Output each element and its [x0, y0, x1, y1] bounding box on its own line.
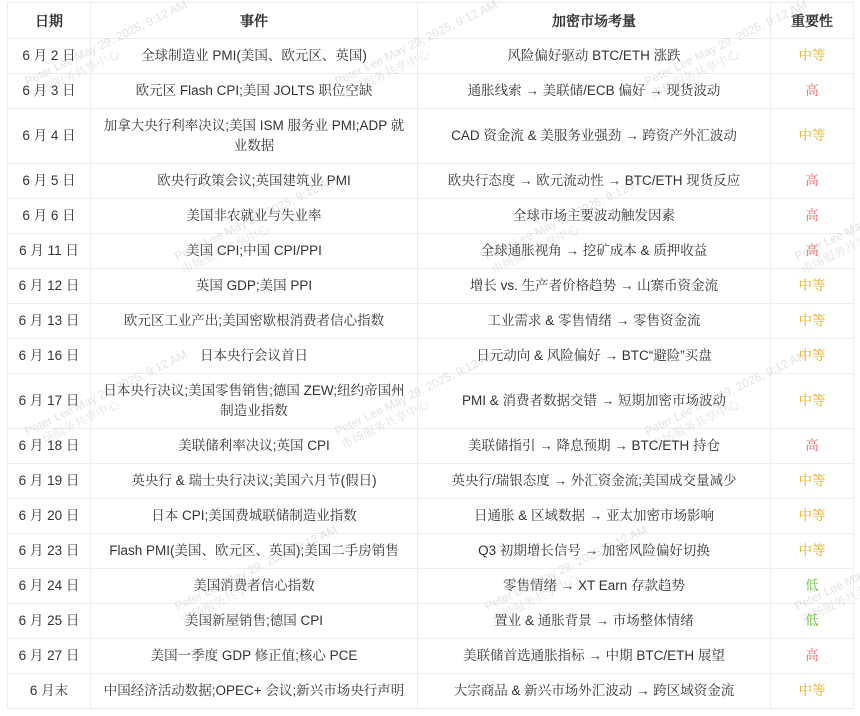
importance-badge: 高	[771, 639, 854, 674]
table-row: 6 月 11 日 美国 CPI;中国 CPI/PPI 全球通胀视角 → 挖矿成本…	[8, 234, 854, 269]
event-cell: Flash PMI(美国、欧元区、英国);美国二手房销售	[91, 534, 418, 569]
event-cell: 日本央行会议首日	[91, 339, 418, 374]
table-row: 6 月 19 日 英央行 & 瑞士央行决议;美国六月节(假日) 英央行/瑞银态度…	[8, 464, 854, 499]
consideration-cell: Q3 初期增长信号 → 加密风险偏好切换	[418, 534, 771, 569]
date-cell: 6 月 11 日	[8, 234, 91, 269]
consideration-cell: 日元动向 & 风险偏好 → BTC“避险”买盘	[418, 339, 771, 374]
event-cell: 美国一季度 GDP 修正值;核心 PCE	[91, 639, 418, 674]
consideration-cell: PMI & 消费者数据交错 → 短期加密市场波动	[418, 374, 771, 429]
importance-badge: 低	[771, 569, 854, 604]
consideration-cell: 增长 vs. 生产者价格趋势 → 山寨币资金流	[418, 269, 771, 304]
date-cell: 6 月 24 日	[8, 569, 91, 604]
event-cell: 美国 CPI;中国 CPI/PPI	[91, 234, 418, 269]
table-row: 6 月 3 日 欧元区 Flash CPI;美国 JOLTS 职位空缺 通胀线索…	[8, 74, 854, 109]
event-cell: 美国消费者信心指数	[91, 569, 418, 604]
table-row: 6 月 17 日 日本央行决议;美国零售销售;德国 ZEW;纽约帝国州制造业指数…	[8, 374, 854, 429]
event-cell: 美国非农就业与失业率	[91, 199, 418, 234]
event-cell: 美联储利率决议;英国 CPI	[91, 429, 418, 464]
table-row: 6 月 23 日 Flash PMI(美国、欧元区、英国);美国二手房销售 Q3…	[8, 534, 854, 569]
event-cell: 英央行 & 瑞士央行决议;美国六月节(假日)	[91, 464, 418, 499]
importance-badge: 低	[771, 604, 854, 639]
importance-badge: 高	[771, 164, 854, 199]
consideration-cell: 欧央行态度 → 欧元流动性 → BTC/ETH 现货反应	[418, 164, 771, 199]
consideration-cell: 全球通胀视角 → 挖矿成本 & 质押收益	[418, 234, 771, 269]
consideration-cell: 英央行/瑞银态度 → 外汇资金流;美国成交量减少	[418, 464, 771, 499]
date-cell: 6 月 4 日	[8, 109, 91, 164]
importance-badge: 中等	[771, 674, 854, 709]
importance-badge: 中等	[771, 499, 854, 534]
consideration-cell: 大宗商品 & 新兴市场外汇波动 → 跨区域资金流	[418, 674, 771, 709]
consideration-cell: 零售情绪 → XT Earn 存款趋势	[418, 569, 771, 604]
col-header-consideration: 加密市场考量	[418, 3, 771, 39]
table-header-row: 日期 事件 加密市场考量 重要性	[8, 3, 854, 39]
col-header-importance: 重要性	[771, 3, 854, 39]
consideration-cell: 风险偏好驱动 BTC/ETH 涨跌	[418, 39, 771, 74]
event-cell: 欧元区工业产出;美国密歇根消费者信心指数	[91, 304, 418, 339]
table-row: 6 月 6 日 美国非农就业与失业率 全球市场主要波动触发因素 高	[8, 199, 854, 234]
table-row: 6 月 18 日 美联储利率决议;英国 CPI 美联储指引 → 降息预期 → B…	[8, 429, 854, 464]
date-cell: 6 月 19 日	[8, 464, 91, 499]
date-cell: 6 月 3 日	[8, 74, 91, 109]
table-row: 6 月 4 日 加拿大央行利率决议;美国 ISM 服务业 PMI;ADP 就业数…	[8, 109, 854, 164]
event-cell: 英国 GDP;美国 PPI	[91, 269, 418, 304]
consideration-cell: CAD 资金流 & 美服务业强劲 → 跨资产外汇波动	[418, 109, 771, 164]
date-cell: 6 月 25 日	[8, 604, 91, 639]
table-row: 6 月 20 日 日本 CPI;美国费城联储制造业指数 日通胀 & 区域数据 →…	[8, 499, 854, 534]
consideration-cell: 日通胀 & 区域数据 → 亚太加密市场影响	[418, 499, 771, 534]
date-cell: 6 月 17 日	[8, 374, 91, 429]
consideration-cell: 全球市场主要波动触发因素	[418, 199, 771, 234]
importance-badge: 中等	[771, 339, 854, 374]
importance-badge: 中等	[771, 374, 854, 429]
date-cell: 6 月 16 日	[8, 339, 91, 374]
date-cell: 6 月末	[8, 674, 91, 709]
date-cell: 6 月 13 日	[8, 304, 91, 339]
event-cell: 加拿大央行利率决议;美国 ISM 服务业 PMI;ADP 就业数据	[91, 109, 418, 164]
col-header-event: 事件	[91, 3, 418, 39]
consideration-cell: 通胀线索 → 美联储/ECB 偏好 → 现货波动	[418, 74, 771, 109]
table-row: 6 月 5 日 欧央行政策会议;英国建筑业 PMI 欧央行态度 → 欧元流动性 …	[8, 164, 854, 199]
event-cell: 全球制造业 PMI(美国、欧元区、英国)	[91, 39, 418, 74]
consideration-cell: 美联储指引 → 降息预期 → BTC/ETH 持仓	[418, 429, 771, 464]
date-cell: 6 月 12 日	[8, 269, 91, 304]
importance-badge: 高	[771, 429, 854, 464]
importance-badge: 高	[771, 74, 854, 109]
table-row: 6 月 13 日 欧元区工业产出;美国密歇根消费者信心指数 工业需求 & 零售情…	[8, 304, 854, 339]
importance-badge: 高	[771, 199, 854, 234]
table-row: 6 月 12 日 英国 GDP;美国 PPI 增长 vs. 生产者价格趋势 → …	[8, 269, 854, 304]
table-row: 6 月 27 日 美国一季度 GDP 修正值;核心 PCE 美联储首选通胀指标 …	[8, 639, 854, 674]
table-row: 6 月末 中国经济活动数据;OPEC+ 会议;新兴市场央行声明 大宗商品 & 新…	[8, 674, 854, 709]
col-header-date: 日期	[8, 3, 91, 39]
date-cell: 6 月 18 日	[8, 429, 91, 464]
event-cell: 日本 CPI;美国费城联储制造业指数	[91, 499, 418, 534]
table-body: 6 月 2 日 全球制造业 PMI(美国、欧元区、英国) 风险偏好驱动 BTC/…	[8, 39, 854, 709]
event-cell: 中国经济活动数据;OPEC+ 会议;新兴市场央行声明	[91, 674, 418, 709]
consideration-cell: 工业需求 & 零售情绪 → 零售资金流	[418, 304, 771, 339]
importance-badge: 高	[771, 234, 854, 269]
event-cell: 日本央行决议;美国零售销售;德国 ZEW;纽约帝国州制造业指数	[91, 374, 418, 429]
events-table: 日期 事件 加密市场考量 重要性 6 月 2 日 全球制造业 PMI(美国、欧元…	[7, 2, 854, 709]
events-table-container: 日期 事件 加密市场考量 重要性 6 月 2 日 全球制造业 PMI(美国、欧元…	[7, 2, 853, 709]
table-row: 6 月 16 日 日本央行会议首日 日元动向 & 风险偏好 → BTC“避险”买…	[8, 339, 854, 374]
importance-badge: 中等	[771, 304, 854, 339]
table-row: 6 月 2 日 全球制造业 PMI(美国、欧元区、英国) 风险偏好驱动 BTC/…	[8, 39, 854, 74]
consideration-cell: 美联储首选通胀指标 → 中期 BTC/ETH 展望	[418, 639, 771, 674]
importance-badge: 中等	[771, 269, 854, 304]
event-cell: 欧央行政策会议;英国建筑业 PMI	[91, 164, 418, 199]
importance-badge: 中等	[771, 534, 854, 569]
consideration-cell: 置业 & 通胀背景 → 市场整体情绪	[418, 604, 771, 639]
date-cell: 6 月 2 日	[8, 39, 91, 74]
importance-badge: 中等	[771, 464, 854, 499]
table-row: 6 月 24 日 美国消费者信心指数 零售情绪 → XT Earn 存款趋势 低	[8, 569, 854, 604]
table-row: 6 月 25 日 美国新屋销售;德国 CPI 置业 & 通胀背景 → 市场整体情…	[8, 604, 854, 639]
event-cell: 欧元区 Flash CPI;美国 JOLTS 职位空缺	[91, 74, 418, 109]
importance-badge: 中等	[771, 109, 854, 164]
page: 日期 事件 加密市场考量 重要性 6 月 2 日 全球制造业 PMI(美国、欧元…	[0, 0, 860, 716]
date-cell: 6 月 23 日	[8, 534, 91, 569]
date-cell: 6 月 20 日	[8, 499, 91, 534]
date-cell: 6 月 5 日	[8, 164, 91, 199]
event-cell: 美国新屋销售;德国 CPI	[91, 604, 418, 639]
date-cell: 6 月 6 日	[8, 199, 91, 234]
importance-badge: 中等	[771, 39, 854, 74]
date-cell: 6 月 27 日	[8, 639, 91, 674]
